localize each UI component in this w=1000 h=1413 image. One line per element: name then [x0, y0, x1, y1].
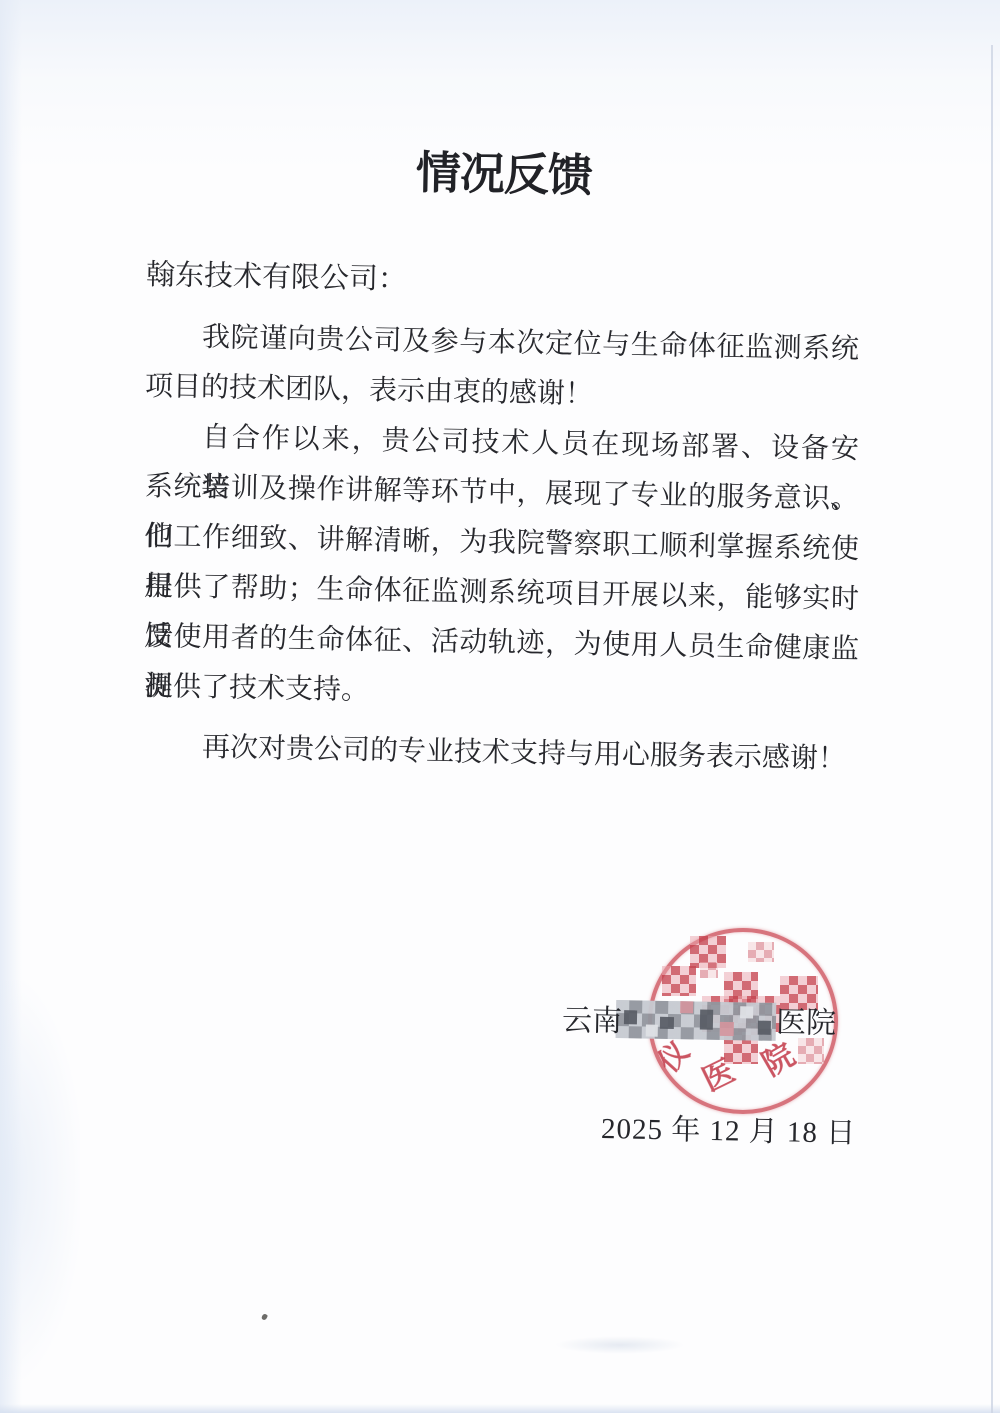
- mosaic-block: [720, 1022, 734, 1036]
- mosaic-block: [740, 1006, 753, 1018]
- mosaic-block: [660, 1017, 674, 1029]
- letter-date: 2025 年 12 月 18 日: [601, 1110, 857, 1153]
- mosaic-block: [646, 1025, 658, 1037]
- scan-edge-line: [991, 45, 993, 1413]
- seal-redacted-block: [700, 962, 718, 978]
- scan-shading-bottom: [0, 1404, 1000, 1413]
- scan-speck: [261, 1313, 268, 1321]
- seal-redacted-block: [662, 966, 696, 996]
- body-line: 再次对贵公司的专业技术支持与用心服务表示感谢！: [145, 722, 860, 785]
- letter-body: 我院谨向贵公司及参与本次定位与生命体征监测系统 项目的技术团队，表示由衷的感谢！…: [145, 312, 859, 772]
- salutation: 翰东技术有限公司：: [146, 256, 408, 299]
- mosaic-block: [680, 1001, 693, 1013]
- signature-suffix: 医院: [776, 1004, 837, 1043]
- scan-shading-left-patch: [0, 980, 80, 1380]
- mosaic-block: [758, 1021, 771, 1035]
- signature-region-prefix: 云南: [562, 1002, 623, 1041]
- mosaic-block: [624, 1010, 637, 1024]
- redacted-hospital-name-mosaic: [616, 1000, 777, 1041]
- letter-title: 情况反馈: [415, 136, 592, 204]
- scan-smudge: [555, 1336, 685, 1354]
- seal-redacted-block: [748, 942, 774, 962]
- scanned-letter-page: 情况反馈 翰东技术有限公司： 我院谨向贵公司及参与本次定位与生命体征监测系统 项…: [0, 0, 1000, 1413]
- mosaic-block: [700, 1010, 713, 1030]
